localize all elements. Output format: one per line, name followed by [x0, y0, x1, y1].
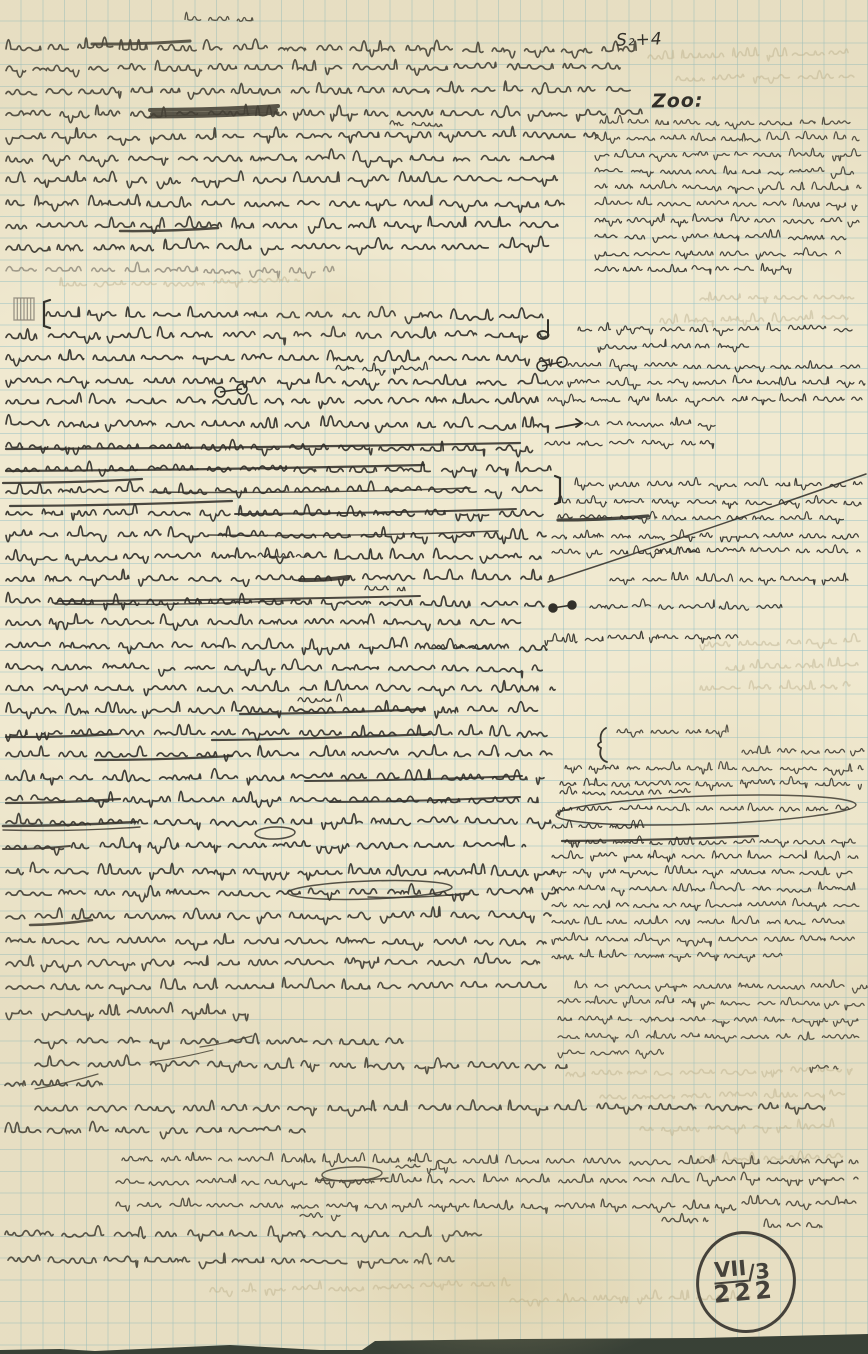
right-note-heading: Zoo:: [652, 90, 704, 113]
page-signature: S₂+4: [616, 29, 663, 51]
scanned-manuscript-page: S₂+4 Zoo: VII/3 222: [0, 0, 868, 1354]
handwriting-layer: [0, 0, 868, 1354]
stamp-number: 222: [712, 1275, 776, 1308]
